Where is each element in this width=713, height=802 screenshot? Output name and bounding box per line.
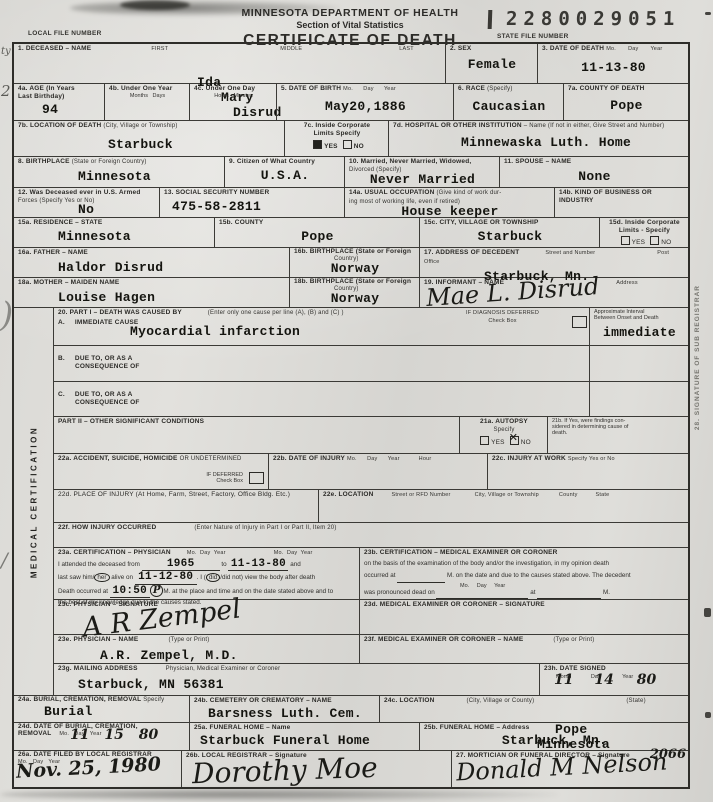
spouse-value: None	[504, 169, 685, 184]
field-burial-location: 24c. LOCATION (City, Village or County) …	[380, 696, 688, 722]
state-file-number-label: STATE FILE NUMBER	[497, 33, 569, 40]
field-medical-examiner-name: 23f. MEDICAL EXAMINER OR CORONER – NAME …	[360, 635, 688, 663]
age-value: 94	[18, 102, 101, 117]
immediate-cause-value: Myocardial infarction	[58, 324, 586, 339]
citizen-value: U.S.A.	[229, 168, 341, 183]
hospital-value: Minnewaska Luth. Home	[393, 135, 685, 150]
field-residence-corporate-limits: 15d. Inside CorporateLimits - Specify YE…	[600, 218, 688, 247]
deceased-label: 1. DECEASED – NAME	[18, 45, 91, 52]
mailing-address-value: Starbuck, MN 56381	[58, 677, 536, 692]
medical-certification-section: MEDICAL CERTIFICATION 20. PART I – DEATH…	[14, 308, 688, 696]
field-residence-state: 15a. RESIDENCE – STATE Minnesota	[14, 218, 215, 247]
county-of-death-value: Pope	[568, 98, 685, 113]
ssn-value: 475-58-2811	[164, 199, 341, 214]
diagnosis-deferred-checkbox	[572, 316, 587, 328]
field-date-of-birth: 5. DATE OF BIRTH Mo. Day Year May20,1886	[277, 84, 454, 120]
mother-name-value: Louise Hagen	[18, 290, 286, 305]
date-signed-value: 11 14 80	[544, 672, 685, 688]
field-residence-city: 15c. CITY, VILLAGE OR TOWNSHIP Starbuck	[420, 218, 600, 247]
interval-value: immediate	[594, 325, 685, 340]
field-part1-immediate-cause: 20. PART I – DEATH WAS CAUSED BY (Enter …	[54, 308, 590, 345]
residence-city-value: Starbuck	[424, 229, 596, 244]
field-part2-other-conditions: PART II – OTHER SIGNIFICANT CONDITIONS	[54, 417, 460, 453]
middle-col-label: MIDDLE	[280, 46, 302, 52]
race-value: Caucasian	[458, 99, 560, 114]
first-col-label: FIRST	[151, 46, 168, 52]
field-hospital-institution: 7d. HOSPITAL OR OTHER INSTITUTION – Name…	[389, 121, 688, 156]
field-local-registrar-signature: 26b. LOCAL REGISTRAR – Signature Dorothy…	[182, 751, 452, 787]
marital-status-value: Never Married	[349, 172, 496, 187]
last-col-label: LAST	[399, 46, 414, 52]
field-deceased-name: 1. DECEASED – NAME FIRST MIDDLE LAST Ida…	[14, 44, 446, 83]
field-location-of-death: 7b. LOCATION OF DEATH (City, Village or …	[14, 121, 285, 156]
field-mailing-address: 23g. MAILING ADDRESS Physician, Medical …	[54, 664, 540, 695]
funeral-home-address-value: Starbuck, Mn.	[424, 733, 685, 748]
state-file-number-stamp: 2280029051	[488, 8, 681, 30]
margin-mark: 2	[1, 82, 11, 100]
margin-mark: ty	[1, 46, 11, 57]
stamp-bar	[488, 10, 493, 29]
field-address-of-decedent: 17. ADDRESS OF DECEDENT Street and Numbe…	[420, 248, 688, 277]
medical-certification-label: MEDICAL CERTIFICATION	[29, 425, 38, 577]
deferred-checkbox	[249, 472, 264, 484]
field-under-one-day: 4c. Under One Day Hours Minutes	[190, 84, 277, 120]
residence-county-value: Pope	[219, 229, 416, 244]
field-county-of-death: 7a. COUNTY OF DEATH Pope	[564, 84, 688, 120]
field-informant: 19. INFORMANT – NAME Address Mae L. Disr…	[420, 278, 688, 307]
field-accident-suicide-homicide: 22a. ACCIDENT, SUICIDE, HOMICIDE OR UNDE…	[54, 454, 269, 489]
autopsy-no-checkbox-checked	[510, 436, 519, 445]
no-checkbox	[343, 140, 352, 149]
death-time-value: 10:50	[113, 585, 148, 597]
field-date-of-injury: 22b. DATE OF INJURY Mo. Day Year Hour	[269, 454, 488, 489]
burial-value: Burial	[18, 704, 186, 719]
her-circled: her	[94, 573, 109, 582]
attended-to-value: 11-13-80	[231, 558, 286, 570]
scan-shadow	[0, 788, 560, 801]
date-of-death-value: 11-13-80	[542, 60, 685, 75]
birthplace-value: Minnesota	[18, 169, 221, 184]
yes-checkbox	[621, 236, 630, 245]
sex-value: Female	[450, 57, 534, 72]
field-interval-onset-death: Approximate IntervalBetween Onset and De…	[590, 308, 688, 345]
medical-certification-strip: MEDICAL CERTIFICATION	[14, 308, 54, 695]
yes-checkbox-checked	[313, 140, 322, 149]
residence-state-value: Minnesota	[18, 229, 211, 244]
did-circled: did	[206, 573, 220, 582]
local-file-number-label: LOCAL FILE NUMBER	[28, 30, 102, 37]
pm-mark: P	[150, 584, 164, 597]
field-father-name: 16a. FATHER – NAME Haldor Disrud	[14, 248, 290, 277]
field-injury-at-work: 22c. INJURY AT WORK Specify Yes or No	[488, 454, 688, 489]
date-of-birth-value: May20,1886	[281, 99, 450, 114]
last-seen-alive-value: 11-12-80	[138, 571, 193, 583]
occupation-value: House keeper	[349, 204, 551, 219]
field-funeral-home-name: 25a. FUNERAL HOME – Name Starbuck Funera…	[190, 723, 420, 750]
field-armed-forces: 12. Was Deceased ever in U.S. ArmedForce…	[14, 188, 160, 217]
field-mother-name: 18a. MOTHER – MAIDEN NAME Louise Hagen	[14, 278, 290, 307]
field-residence-county: 15b. COUNTY Pope	[215, 218, 420, 247]
field-business-industry: 14b. KIND OF BUSINESS OR INDUSTRY	[555, 188, 688, 217]
field-race: 6. RACE (Specify) Caucasian	[454, 84, 564, 120]
field-social-security-number: 13. SOCIAL SECURITY NUMBER 475-58-2811	[160, 188, 345, 217]
funeral-home-value: Starbuck Funeral Home	[194, 733, 416, 748]
field-birthplace: 8. BIRTHPLACE (State or Foreign Country)…	[14, 157, 225, 187]
field-spouse-name: 11. SPOUSE – NAME None	[500, 157, 688, 187]
autopsy-yes-checkbox	[480, 436, 489, 445]
field-usual-occupation: 14a. USUAL OCCUPATION (Give kind of work…	[345, 188, 555, 217]
field-part1-due-to-c: C. DUE TO, OR AS A CONSEQUENCE OF	[54, 382, 590, 416]
attended-from-value: 1965	[167, 558, 195, 570]
no-checkbox	[650, 236, 659, 245]
field-father-birthplace: 16b. BIRTHPLACE (State or ForeignCountry…	[290, 248, 420, 277]
field-under-one-year: 4b. Under One Year Months Days	[105, 84, 190, 120]
field-injury-location: 22e. LOCATION Street or RFD Number City,…	[319, 490, 688, 522]
field-sex: 2. SEX Female	[446, 44, 538, 83]
state-file-number: 2280029051	[506, 8, 681, 30]
field-burial-cremation-removal: 24a. BURIAL, CREMATION, REMOVAL Specify …	[14, 696, 190, 722]
field-autopsy-findings: 21b. If Yes, were findings con-sidered i…	[548, 417, 688, 453]
informant-signature: Mae L. Disrud	[425, 272, 600, 312]
edge-mark	[705, 12, 711, 15]
edge-mark	[705, 712, 711, 718]
field-medical-examiner-signature: 23d. MEDICAL EXAMINER OR CORONER – SIGNA…	[360, 600, 688, 634]
burial-date-value: 11 15 80	[18, 727, 186, 743]
location-of-death-value: Starbuck	[18, 137, 281, 152]
field-funeral-home-address: 25b. FUNERAL HOME – Address Starbuck, Mn…	[420, 723, 688, 750]
margin-mark: /	[1, 548, 8, 572]
mother-birthplace-value: Norway	[294, 291, 416, 306]
father-birthplace-value: Norway	[294, 261, 416, 276]
field-date-of-burial: 24d. DATE OF BURIAL, CREMATION, REMOVAL …	[14, 723, 190, 750]
field-date-of-death: 3. DATE OF DEATH Mo. Day Year 11-13-80	[538, 44, 688, 83]
field-inside-corporate-limits: 7c. Inside CorporateLimits Specify YES N…	[285, 121, 389, 156]
field-mother-birthplace: 18b. BIRTHPLACE (State or ForeignCountry…	[290, 278, 420, 307]
physician-name-value: A.R. Zempel, M.D.	[58, 648, 356, 663]
field-certification-medical-examiner: 23b. CERTIFICATION – MEDICAL EXAMINER OR…	[360, 548, 688, 599]
field-autopsy: 21a. AUTOPSYSpecify YES NO	[460, 417, 548, 453]
diagnosis-deferred-label: IF DIAGNOSIS DEFERREDCheck Box	[466, 310, 539, 325]
field-certification-physician: 23a. CERTIFICATION – PHYSICIAN Mo. Day Y…	[54, 548, 360, 599]
field-interval-c	[590, 382, 688, 416]
field-date-filed: 26a. DATE FILED BY LOCAL REGISTRAR Mo. D…	[14, 751, 182, 787]
certificate-form: 1. DECEASED – NAME FIRST MIDDLE LAST Ida…	[12, 42, 690, 789]
cemetery-value: Barsness Luth. Cem.	[194, 706, 376, 721]
father-name-value: Haldor Disrud	[18, 260, 286, 275]
field-cemetery-name: 24b. CEMETERY OR CREMATORY – NAME Barsne…	[190, 696, 380, 722]
scanned-death-certificate: ty 2 ) / MINNESOTA DEPARTMENT OF HEALTH …	[0, 0, 713, 802]
field-mortician-signature: 27. MORTICIAN OR FUNERAL DIRECTOR – Sign…	[452, 751, 688, 787]
mortician-number: 2066	[650, 747, 686, 762]
field-date-signed: 23h. DATE SIGNED Month Day Year 11 14 80	[540, 664, 688, 695]
field-marital-status: 10. Married, Never Married, Widowed,Divo…	[345, 157, 500, 187]
edge-mark	[704, 608, 711, 617]
local-registrar-signature: Dorothy Moe	[191, 751, 378, 790]
field-place-of-injury: 22d. PLACE OF INJURY (At Home, Farm, Str…	[54, 490, 319, 522]
field-citizen-country: 9. Citizen of What Country U.S.A.	[225, 157, 345, 187]
field-interval-b	[590, 346, 688, 381]
field-physician-signature: 23c. PHYSICIAN – SIGNATURE A R Zempel	[54, 600, 360, 634]
field-age: 4a. AGE (In YearsLast Birthday) 94	[14, 84, 105, 120]
field-part1-due-to-b: B. DUE TO, OR AS A CONSEQUENCE OF	[54, 346, 590, 381]
field-how-injury-occurred: 22f. HOW INJURY OCCURRED (Enter Nature o…	[54, 523, 688, 547]
sub-registrar-signature-label: 28. SIGNATURE OF SUB REGISTRAR	[694, 285, 701, 430]
